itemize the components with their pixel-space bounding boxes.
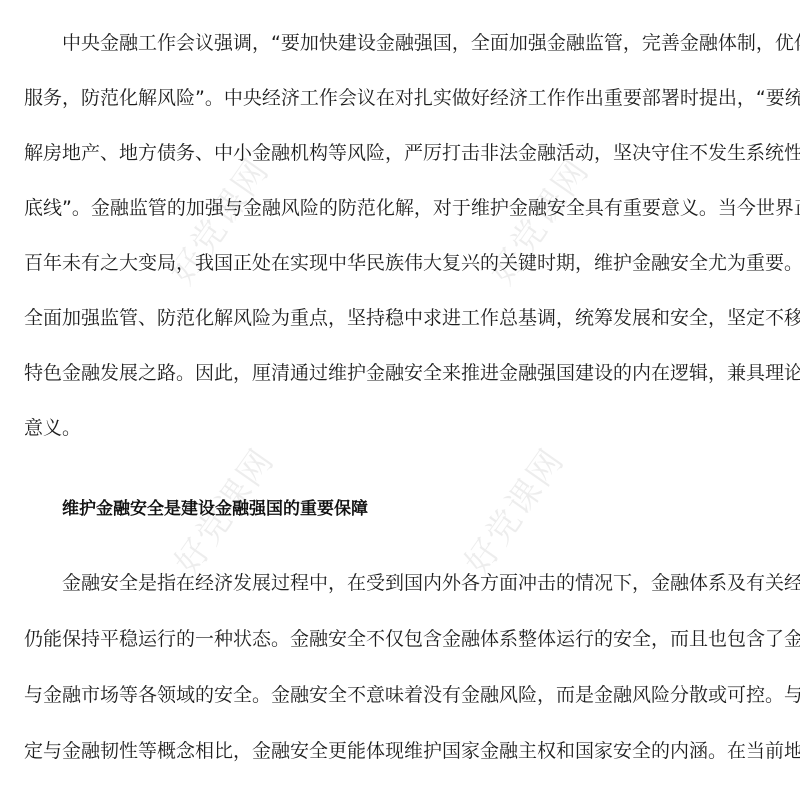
paragraph-line: 定与金融韧性等概念相比，金融安全更能体现维护国家金融主权和国家安全的内涵。在当前… bbox=[24, 739, 776, 763]
paragraph-line: 特色金融发展之路。因此，厘清通过维护金融安全来推进金融强国建设的内在逻辑，兼具理… bbox=[24, 361, 776, 385]
document-page: 好党课网 好党课网 好党课网 好党课网 中央金融工作会议强调，“要加快建设金融强… bbox=[0, 0, 800, 800]
paragraph-line: 意义。 bbox=[24, 416, 776, 440]
section-heading: 维护金融安全是建设金融强国的重要保障 bbox=[62, 497, 368, 521]
paragraph-line: 服务，防范化解风险”。中央经济工作会议在对扎实做好经济工作作出重要部署时提出，“… bbox=[24, 86, 776, 110]
paragraph-line: 与金融市场等各领域的安全。金融安全不意味着没有金融风险，而是金融风险分散或可控。… bbox=[24, 683, 776, 707]
watermark: 好党课网 bbox=[451, 436, 574, 582]
paragraph-line: 全面加强监管、防范化解风险为重点，坚持稳中求进工作总基调，统筹发展和安全，坚定不… bbox=[24, 306, 776, 330]
paragraph-line: 中央金融工作会议强调，“要加快建设金融强国，全面加强金融监管，完善金融体制，优化… bbox=[62, 31, 776, 55]
paragraph-line: 金融安全是指在经济发展过程中，在受到国内外各方面冲击的情况下，金融体系及有关经济… bbox=[62, 571, 776, 595]
paragraph-line: 仍能保持平稳运行的一种状态。金融安全不仅包含金融体系整体运行的安全，而且也包含了… bbox=[24, 627, 776, 651]
paragraph-line: 解房地产、地方债务、中小金融机构等风险，严厉打击非法金融活动，坚决守住不发生系统… bbox=[24, 141, 776, 165]
paragraph-line: 底线”。金融监管的加强与金融风险的防范化解，对于维护金融安全具有重要意义。当今世… bbox=[24, 196, 776, 220]
paragraph-line: 百年未有之大变局，我国正处在实现中华民族伟大复兴的关键时期，维护金融安全尤为重要… bbox=[24, 251, 776, 275]
